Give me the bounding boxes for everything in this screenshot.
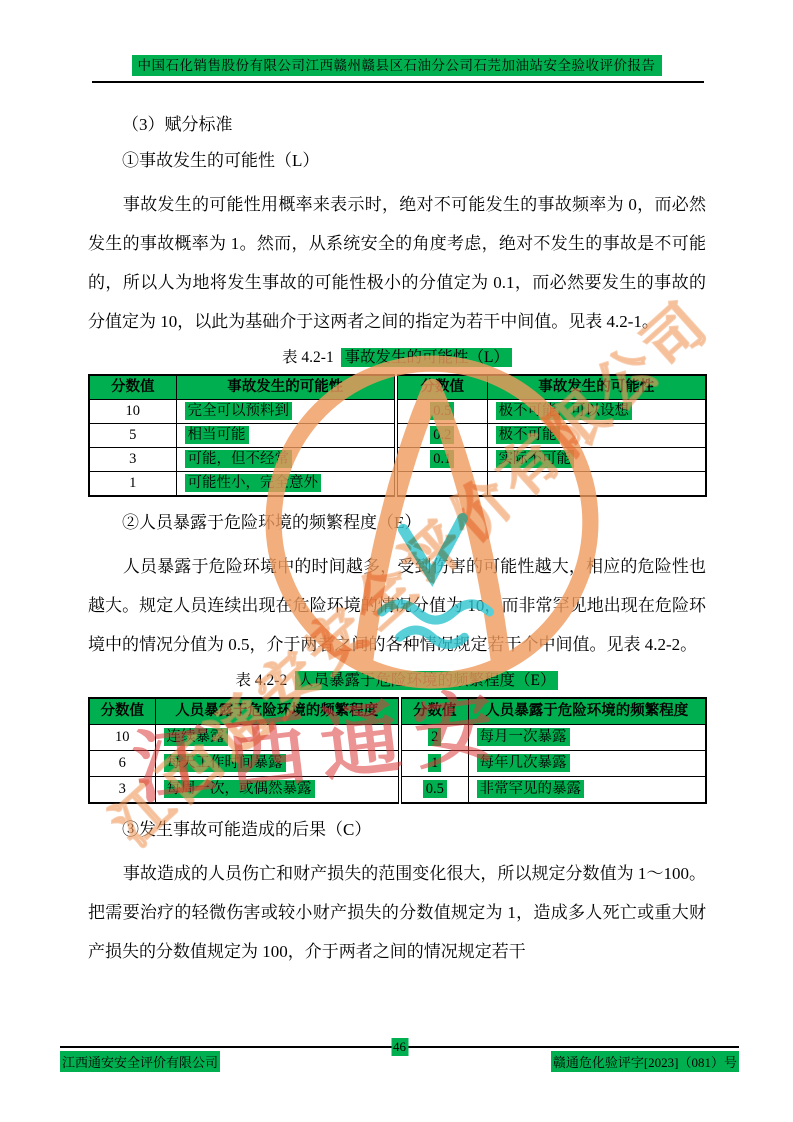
page-header: 中国石化销售股份有限公司江西赣州赣县区石油分公司石芫加油站安全验收评价报告 <box>0 54 793 74</box>
table-cell: 2 <box>400 725 468 751</box>
highlighted-cell-text: 每天工作时间暴露 <box>164 754 286 772</box>
table-cell: 3 <box>89 777 155 804</box>
table-cell: 每周一次，或偶然暴露 <box>155 777 400 804</box>
table-caption-prefix: 表 4.2-2 <box>236 672 288 689</box>
table-row: 10连续暴露2每月一次暴露 <box>89 725 706 751</box>
footer-company: 江西通安安全评价有限公司 <box>60 1051 220 1072</box>
highlighted-cell-text: 可能，但不经常 <box>185 450 293 468</box>
highlighted-cell-text: 非常罕见的暴露 <box>477 780 585 798</box>
subsection-heading-3: ③发生事故可能造成的后果（C） <box>88 819 706 840</box>
table-header-row: 分数值人员暴露于危险环境的频繁程度分数值人员暴露于危险环境的频繁程度 <box>89 698 706 725</box>
highlighted-cell-text: 完全可以预料到 <box>185 402 293 420</box>
section-heading: （3）赋分标准 <box>88 114 706 135</box>
table-cell: 5 <box>89 424 176 448</box>
table-cell <box>396 472 487 497</box>
table-cell: 连续暴露 <box>155 725 400 751</box>
highlighted-cell-text: 2 <box>428 728 441 746</box>
highlighted-cell-text: 1 <box>428 754 441 772</box>
table-cell: 0.1 <box>396 448 487 472</box>
subsection-heading-1: ①事故发生的可能性（L） <box>88 150 706 171</box>
table-caption-prefix: 表 4.2-1 <box>282 349 334 366</box>
table-cell <box>487 472 706 497</box>
page-number: 46 <box>391 1038 408 1056</box>
header-rule <box>92 81 704 83</box>
table-cell: 相当可能 <box>176 424 396 448</box>
table-cell: 0.5 <box>396 400 487 424</box>
table-row: 10完全可以预料到0.5极不可能，可以设想 <box>89 400 706 424</box>
highlighted-cell-text: 每年几次暴露 <box>477 754 570 772</box>
highlighted-cell-text: 相当可能 <box>185 426 249 444</box>
table-cell: 可能，但不经常 <box>176 448 396 472</box>
table-cell: 可能性小，完全意外 <box>176 472 396 497</box>
table-header-cell: 分数值 <box>400 698 468 725</box>
table-cell: 非常罕见的暴露 <box>468 777 706 804</box>
page-footer: 江西通安安全评价有限公司 46 赣通危化验评字[2023]（081）号 <box>60 1046 739 1072</box>
table-header-row: 分数值事故发生的可能性分数值事故发生的可能性 <box>89 375 706 400</box>
highlighted-cell-text: 0.1 <box>430 450 454 468</box>
table-header-cell: 事故发生的可能性 <box>176 375 396 400</box>
footer-doc-number: 赣通危化验评字[2023]（081）号 <box>551 1051 739 1072</box>
highlighted-cell-text: 0.5 <box>423 780 447 798</box>
table-row: 5相当可能0.2极不可能 <box>89 424 706 448</box>
highlighted-cell-text: 极不可能，可以设想 <box>496 402 633 420</box>
header-title: 中国石化销售股份有限公司江西赣州赣县区石油分公司石芫加油站安全验收评价报告 <box>132 55 662 76</box>
table-header-cell: 分数值 <box>89 375 176 400</box>
highlighted-cell-text: 每周一次，或偶然暴露 <box>164 780 315 798</box>
table-cell: 1 <box>89 472 176 497</box>
table-header-cell: 人员暴露于危险环境的频繁程度 <box>468 698 706 725</box>
table-row: 3每周一次，或偶然暴露0.5非常罕见的暴露 <box>89 777 706 804</box>
paragraph-2: 人员暴露于危险环境中的时间越多，受到伤害的可能性越大，相应的危险性也越大。规定人… <box>88 547 706 664</box>
table-header-cell: 分数值 <box>89 698 155 725</box>
table-caption-title: 人员暴露于危险环境的频繁程度（E） <box>295 671 558 690</box>
page-content: （3）赋分标准 ①事故发生的可能性（L） 事故发生的可能性用概率来表示时，绝对不… <box>88 106 706 971</box>
table-header-cell: 人员暴露于危险环境的频繁程度 <box>155 698 400 725</box>
table-cell: 3 <box>89 448 176 472</box>
table-header-cell: 事故发生的可能性 <box>487 375 706 400</box>
table-cell: 10 <box>89 725 155 751</box>
table-row: 3可能，但不经常0.1实际不可能 <box>89 448 706 472</box>
highlighted-cell-text: 每月一次暴露 <box>477 728 570 746</box>
table-caption-title: 事故发生的可能性（L） <box>341 348 511 367</box>
table-cell: 1 <box>400 751 468 777</box>
table-caption-2: 表 4.2-2 人员暴露于危险环境的频繁程度（E） <box>88 670 706 692</box>
table-cell: 0.5 <box>400 777 468 804</box>
table-cell: 实际不可能 <box>487 448 706 472</box>
exposure-frequency-table: 分数值人员暴露于危险环境的频繁程度分数值人员暴露于危险环境的频繁程度10连续暴露… <box>88 697 707 804</box>
table-header-cell: 分数值 <box>396 375 487 400</box>
document-page: 中国石化销售股份有限公司江西赣州赣县区石油分公司石芫加油站安全验收评价报告 （3… <box>0 0 793 1122</box>
subsection-heading-2: ②人员暴露于危险环境的频繁程度（E） <box>88 512 706 533</box>
table-row: 1可能性小，完全意外 <box>89 472 706 497</box>
paragraph-3: 事故造成的人员伤亡和财产损失的范围变化很大，所以规定分数值为 1～100。把需要… <box>88 854 706 971</box>
table-row: 6每天工作时间暴露1每年几次暴露 <box>89 751 706 777</box>
table-cell: 10 <box>89 400 176 424</box>
possibility-score-table: 分数值事故发生的可能性分数值事故发生的可能性10完全可以预料到0.5极不可能，可… <box>88 374 707 497</box>
highlighted-cell-text: 0.5 <box>430 402 454 420</box>
table-cell: 每天工作时间暴露 <box>155 751 400 777</box>
table-cell: 极不可能 <box>487 424 706 448</box>
highlighted-cell-text: 实际不可能 <box>496 450 575 468</box>
highlighted-cell-text: 可能性小，完全意外 <box>185 474 322 492</box>
highlighted-cell-text: 极不可能 <box>496 426 560 444</box>
table-caption-1: 表 4.2-1 事故发生的可能性（L） <box>88 347 706 369</box>
paragraph-1: 事故发生的可能性用概率来表示时，绝对不可能发生的事故频率为 0，而必然发生的事故… <box>88 185 706 341</box>
table-cell: 每年几次暴露 <box>468 751 706 777</box>
table-cell: 每月一次暴露 <box>468 725 706 751</box>
table-cell: 0.2 <box>396 424 487 448</box>
table-cell: 极不可能，可以设想 <box>487 400 706 424</box>
highlighted-cell-text: 连续暴露 <box>164 728 228 746</box>
highlighted-cell-text: 0.2 <box>430 426 454 444</box>
table-cell: 完全可以预料到 <box>176 400 396 424</box>
table-cell: 6 <box>89 751 155 777</box>
